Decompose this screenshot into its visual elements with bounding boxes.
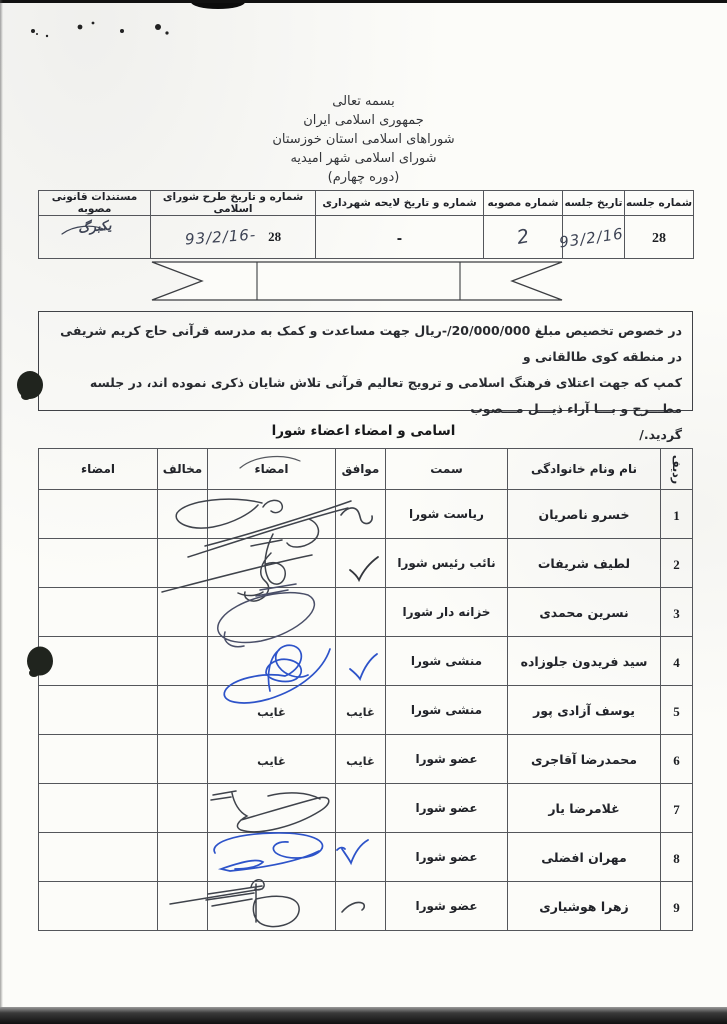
member-position: خزانه دار شورا	[386, 588, 508, 637]
member-position: منشی شورا	[386, 637, 508, 686]
member-position: منشی شورا	[386, 686, 508, 735]
member-row-9: 9 زهرا هوشیاری عضو شورا	[39, 882, 693, 931]
scan-edge-left	[0, 0, 3, 1024]
member-name: خسرو ناصریان	[508, 490, 661, 539]
cell-municipality-bill: -	[316, 216, 484, 259]
resolution-line-2: کمپ که جهت اعتلای فرهنگ اسلامی و ترویج ت…	[49, 370, 682, 422]
oppose-cell	[158, 539, 208, 588]
member-position: عضو شورا	[386, 833, 508, 882]
member-position: نائب رئیس شورا	[386, 539, 508, 588]
header-session-no: شماره جلسه	[625, 191, 694, 216]
handwritten-session-date: 93/2/16	[558, 224, 625, 251]
header-signature-1: امضاء	[208, 449, 336, 490]
ink-specks	[31, 22, 169, 38]
member-row-6: 6 محمدرضا آقاجری عضو شورا غایب غایب	[39, 735, 693, 784]
signature-cell: غایب	[208, 735, 336, 784]
absent-label: غایب	[346, 754, 375, 768]
absent-label: غایب	[257, 754, 286, 768]
agree-cell	[336, 882, 386, 931]
scan-edge-bottom	[0, 1007, 727, 1024]
cell-session-no: 28	[625, 216, 694, 259]
oppose-cell	[158, 784, 208, 833]
header-session-date: تاریخ جلسه	[563, 191, 625, 216]
signature-cell	[208, 539, 336, 588]
members-section-title: اسامی و امضاء اعضاء شورا	[0, 423, 727, 439]
signature2-cell	[39, 833, 158, 882]
scanned-council-resolution-page: بسمه تعالی جمهوری اسلامی ایران شوراهای ا…	[0, 0, 727, 1024]
scan-edge-top	[0, 0, 727, 3]
member-name: لطیف شریفات	[508, 539, 661, 588]
member-row-2: 2 لطیف شریفات نائب رئیس شورا	[39, 539, 693, 588]
member-row-7: 7 غلامرضا یار عضو شورا	[39, 784, 693, 833]
oppose-cell	[158, 833, 208, 882]
signature2-cell	[39, 882, 158, 931]
cell-legal-docs: یکبرگ	[39, 216, 151, 259]
member-row-1: 1 خسرو ناصریان ریاست شورا	[39, 490, 693, 539]
oppose-cell	[158, 490, 208, 539]
agree-cell	[336, 833, 386, 882]
agree-cell	[336, 588, 386, 637]
header-row-no: ردیف	[661, 449, 693, 490]
header-agree: موافق	[336, 449, 386, 490]
member-row-5: 5 یوسف آزادی پور منشی شورا غایب غایب	[39, 686, 693, 735]
member-name: سید فریدون جلوزاده	[508, 637, 661, 686]
member-position: عضو شورا	[386, 735, 508, 784]
cell-session-date: 93/2/16	[563, 216, 625, 259]
resolution-meta-table: شماره جلسه تاریخ جلسه شماره مصوبه شماره …	[38, 190, 694, 259]
member-name: مهران افضلی	[508, 833, 661, 882]
agree-cell	[336, 784, 386, 833]
agree-cell	[336, 539, 386, 588]
signature-cell	[208, 833, 336, 882]
signature-cell	[208, 784, 336, 833]
member-name: یوسف آزادی پور	[508, 686, 661, 735]
absent-label: غایب	[346, 705, 375, 719]
resolution-text-banner-label: متن مصوبه	[257, 263, 460, 299]
resolution-line-1: در خصوص تخصیص مبلغ -/20/000/000ریال جهت …	[49, 318, 682, 370]
letterhead-line-bismillah: بسمه تعالی	[0, 92, 727, 111]
header-oppose: مخالف	[158, 449, 208, 490]
cell-council-plan: 93/2/16- 28	[151, 216, 316, 259]
signature-cell	[208, 490, 336, 539]
signature-cell	[208, 588, 336, 637]
letterhead-line-republic: جمهوری اسلامی ایران	[0, 111, 727, 130]
meta-header-row: شماره جلسه تاریخ جلسه شماره مصوبه شماره …	[39, 191, 694, 216]
letterhead: بسمه تعالی جمهوری اسلامی ایران شوراهای ا…	[0, 92, 727, 187]
signature-cell: غایب	[208, 686, 336, 735]
handwritten-plan-date: 93/2/16-	[184, 226, 256, 249]
signature2-cell	[39, 637, 158, 686]
agree-cell	[336, 490, 386, 539]
members-header-row: ردیف نام ونام خانوادگی سمت موافق امضاء م…	[39, 449, 693, 490]
handwritten-legal-docs: یکبرگ	[77, 219, 112, 237]
oppose-cell	[158, 735, 208, 784]
oppose-cell	[158, 637, 208, 686]
member-row-8: 8 مهران افضلی عضو شورا	[39, 833, 693, 882]
header-signature-2: امضاء	[39, 449, 158, 490]
header-resolution-no: شماره مصوبه	[484, 191, 563, 216]
header-legal-docs: مستندات قانونی مصوبه	[39, 191, 151, 216]
agree-cell: غایب	[336, 686, 386, 735]
member-name: زهرا هوشیاری	[508, 882, 661, 931]
header-position: سمت	[386, 449, 508, 490]
members-signature-table: ردیف نام ونام خانوادگی سمت موافق امضاء م…	[38, 448, 693, 931]
agree-cell	[336, 637, 386, 686]
handwritten-resolution-no: 2	[515, 225, 531, 249]
letterhead-line-province-councils: شوراهای اسلامی استان خوزستان	[0, 130, 727, 149]
member-name: محمدرضا آقاجری	[508, 735, 661, 784]
signature-cell	[208, 637, 336, 686]
letterhead-line-term: (دوره چهارم)	[0, 168, 727, 187]
header-council-plan: شماره و تاریخ طرح شورای اسلامی	[151, 191, 316, 216]
oppose-cell	[158, 882, 208, 931]
meta-value-row: 28 93/2/16 2 - 93/2/16- 28 یکبرگ	[39, 216, 694, 259]
header-municipality-bill: شماره و تاریخ لایحه شهرداری	[316, 191, 484, 216]
oppose-cell	[158, 686, 208, 735]
member-position: ریاست شورا	[386, 490, 508, 539]
signature2-cell	[39, 686, 158, 735]
signature2-cell	[39, 588, 158, 637]
cell-resolution-no: 2	[484, 216, 563, 259]
member-row-4: 4 سید فریدون جلوزاده منشی شورا	[39, 637, 693, 686]
signature-cell	[208, 882, 336, 931]
member-name: غلامرضا یار	[508, 784, 661, 833]
resolution-text-box: در خصوص تخصیص مبلغ -/20/000/000ریال جهت …	[38, 311, 693, 411]
signature2-cell	[39, 735, 158, 784]
letterhead-line-city-council: شورای اسلامی شهر امیدیه	[0, 149, 727, 168]
signature2-cell	[39, 539, 158, 588]
member-row-3: 3 نسرین محمدی خزانه دار شورا	[39, 588, 693, 637]
member-name: نسرین محمدی	[508, 588, 661, 637]
member-position: عضو شورا	[386, 784, 508, 833]
oppose-cell	[158, 588, 208, 637]
header-name: نام ونام خانوادگی	[508, 449, 661, 490]
printed-plan-no: 28	[268, 229, 281, 245]
absent-label: غایب	[257, 705, 286, 719]
member-position: عضو شورا	[386, 882, 508, 931]
amount-value: -/20/000/000	[442, 323, 530, 338]
signature2-cell	[39, 784, 158, 833]
signature2-cell	[39, 490, 158, 539]
agree-cell: غایب	[336, 735, 386, 784]
